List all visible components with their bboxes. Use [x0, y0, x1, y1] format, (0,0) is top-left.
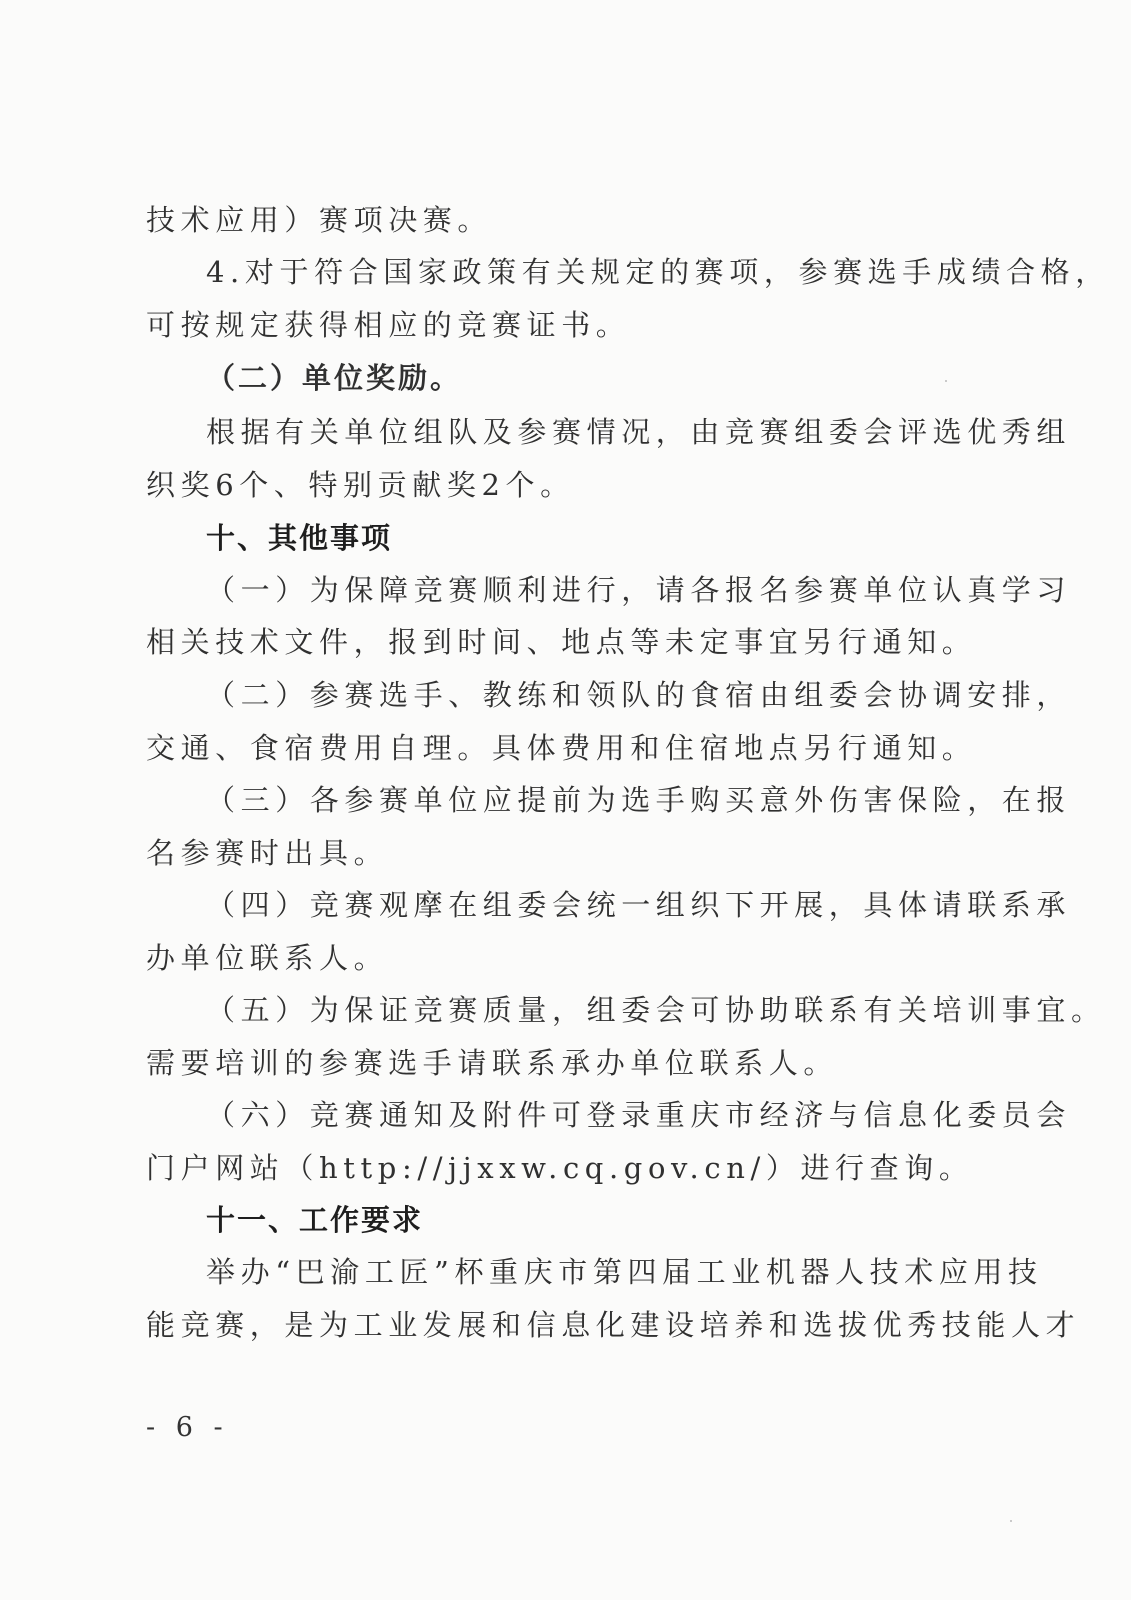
paragraph-line: （五）为保证竞赛质量，组委会可协助联系有关培训事宜。	[206, 990, 1106, 1030]
scan-speck	[945, 380, 947, 382]
paragraph-line: 名参赛时出具。	[146, 833, 388, 873]
paragraph-line: （一）为保障竞赛顺利进行，请各报名参赛单位认真学习	[206, 570, 1071, 610]
paragraph-line: （四）竞赛观摩在组委会统一组织下开展，具体请联系承	[206, 885, 1071, 925]
paragraph-line: 根据有关单位组队及参赛情况，由竞赛组委会评选优秀组	[206, 412, 1071, 452]
paragraph-line: （六）竞赛通知及附件可登录重庆市经济与信息化委员会	[206, 1095, 1071, 1135]
scan-speck	[1010, 1520, 1012, 1522]
document-page: 技术应用）赛项决赛。 4.对于符合国家政策有关规定的赛项，参赛选手成绩合格， 可…	[0, 0, 1131, 1600]
paragraph-line: 门户网站（http://jjxxw.cq.gov.cn/）进行查询。	[146, 1148, 973, 1188]
paragraph-line: 相关技术文件，报到时间、地点等未定事宜另行通知。	[146, 622, 976, 662]
page-number: - 6 -	[146, 1410, 229, 1446]
paragraph-line: 4.对于符合国家政策有关规定的赛项，参赛选手成绩合格，	[206, 252, 1110, 292]
paragraph-line: （三）各参赛单位应提前为选手购买意外伤害保险，在报	[206, 780, 1071, 820]
paragraph-line: 需要培训的参赛选手请联系承办单位联系人。	[146, 1043, 838, 1083]
paragraph-line: 办单位联系人。	[146, 938, 388, 978]
paragraph-line: 技术应用）赛项决赛。	[146, 200, 492, 240]
paragraph-line: 举办“巴渝工匠”杯重庆市第四届工业机器人技术应用技	[206, 1252, 1043, 1292]
paragraph-line: 可按规定获得相应的竞赛证书。	[146, 305, 630, 345]
section-heading: 十、其他事项	[206, 518, 392, 558]
paragraph-line: 交通、食宿费用自理。具体费用和住宿地点另行通知。	[146, 728, 976, 768]
section-heading: 十一、工作要求	[206, 1200, 423, 1240]
paragraph-line: 织奖6个、特别贡献奖2个。	[146, 465, 575, 505]
paragraph-line: 能竞赛，是为工业发展和信息化建设培养和选拔优秀技能人才	[146, 1305, 1080, 1345]
paragraph-line: （二）参赛选手、教练和领队的食宿由组委会协调安排，	[206, 675, 1071, 715]
section-subheading: （二）单位奖励。	[206, 358, 462, 398]
